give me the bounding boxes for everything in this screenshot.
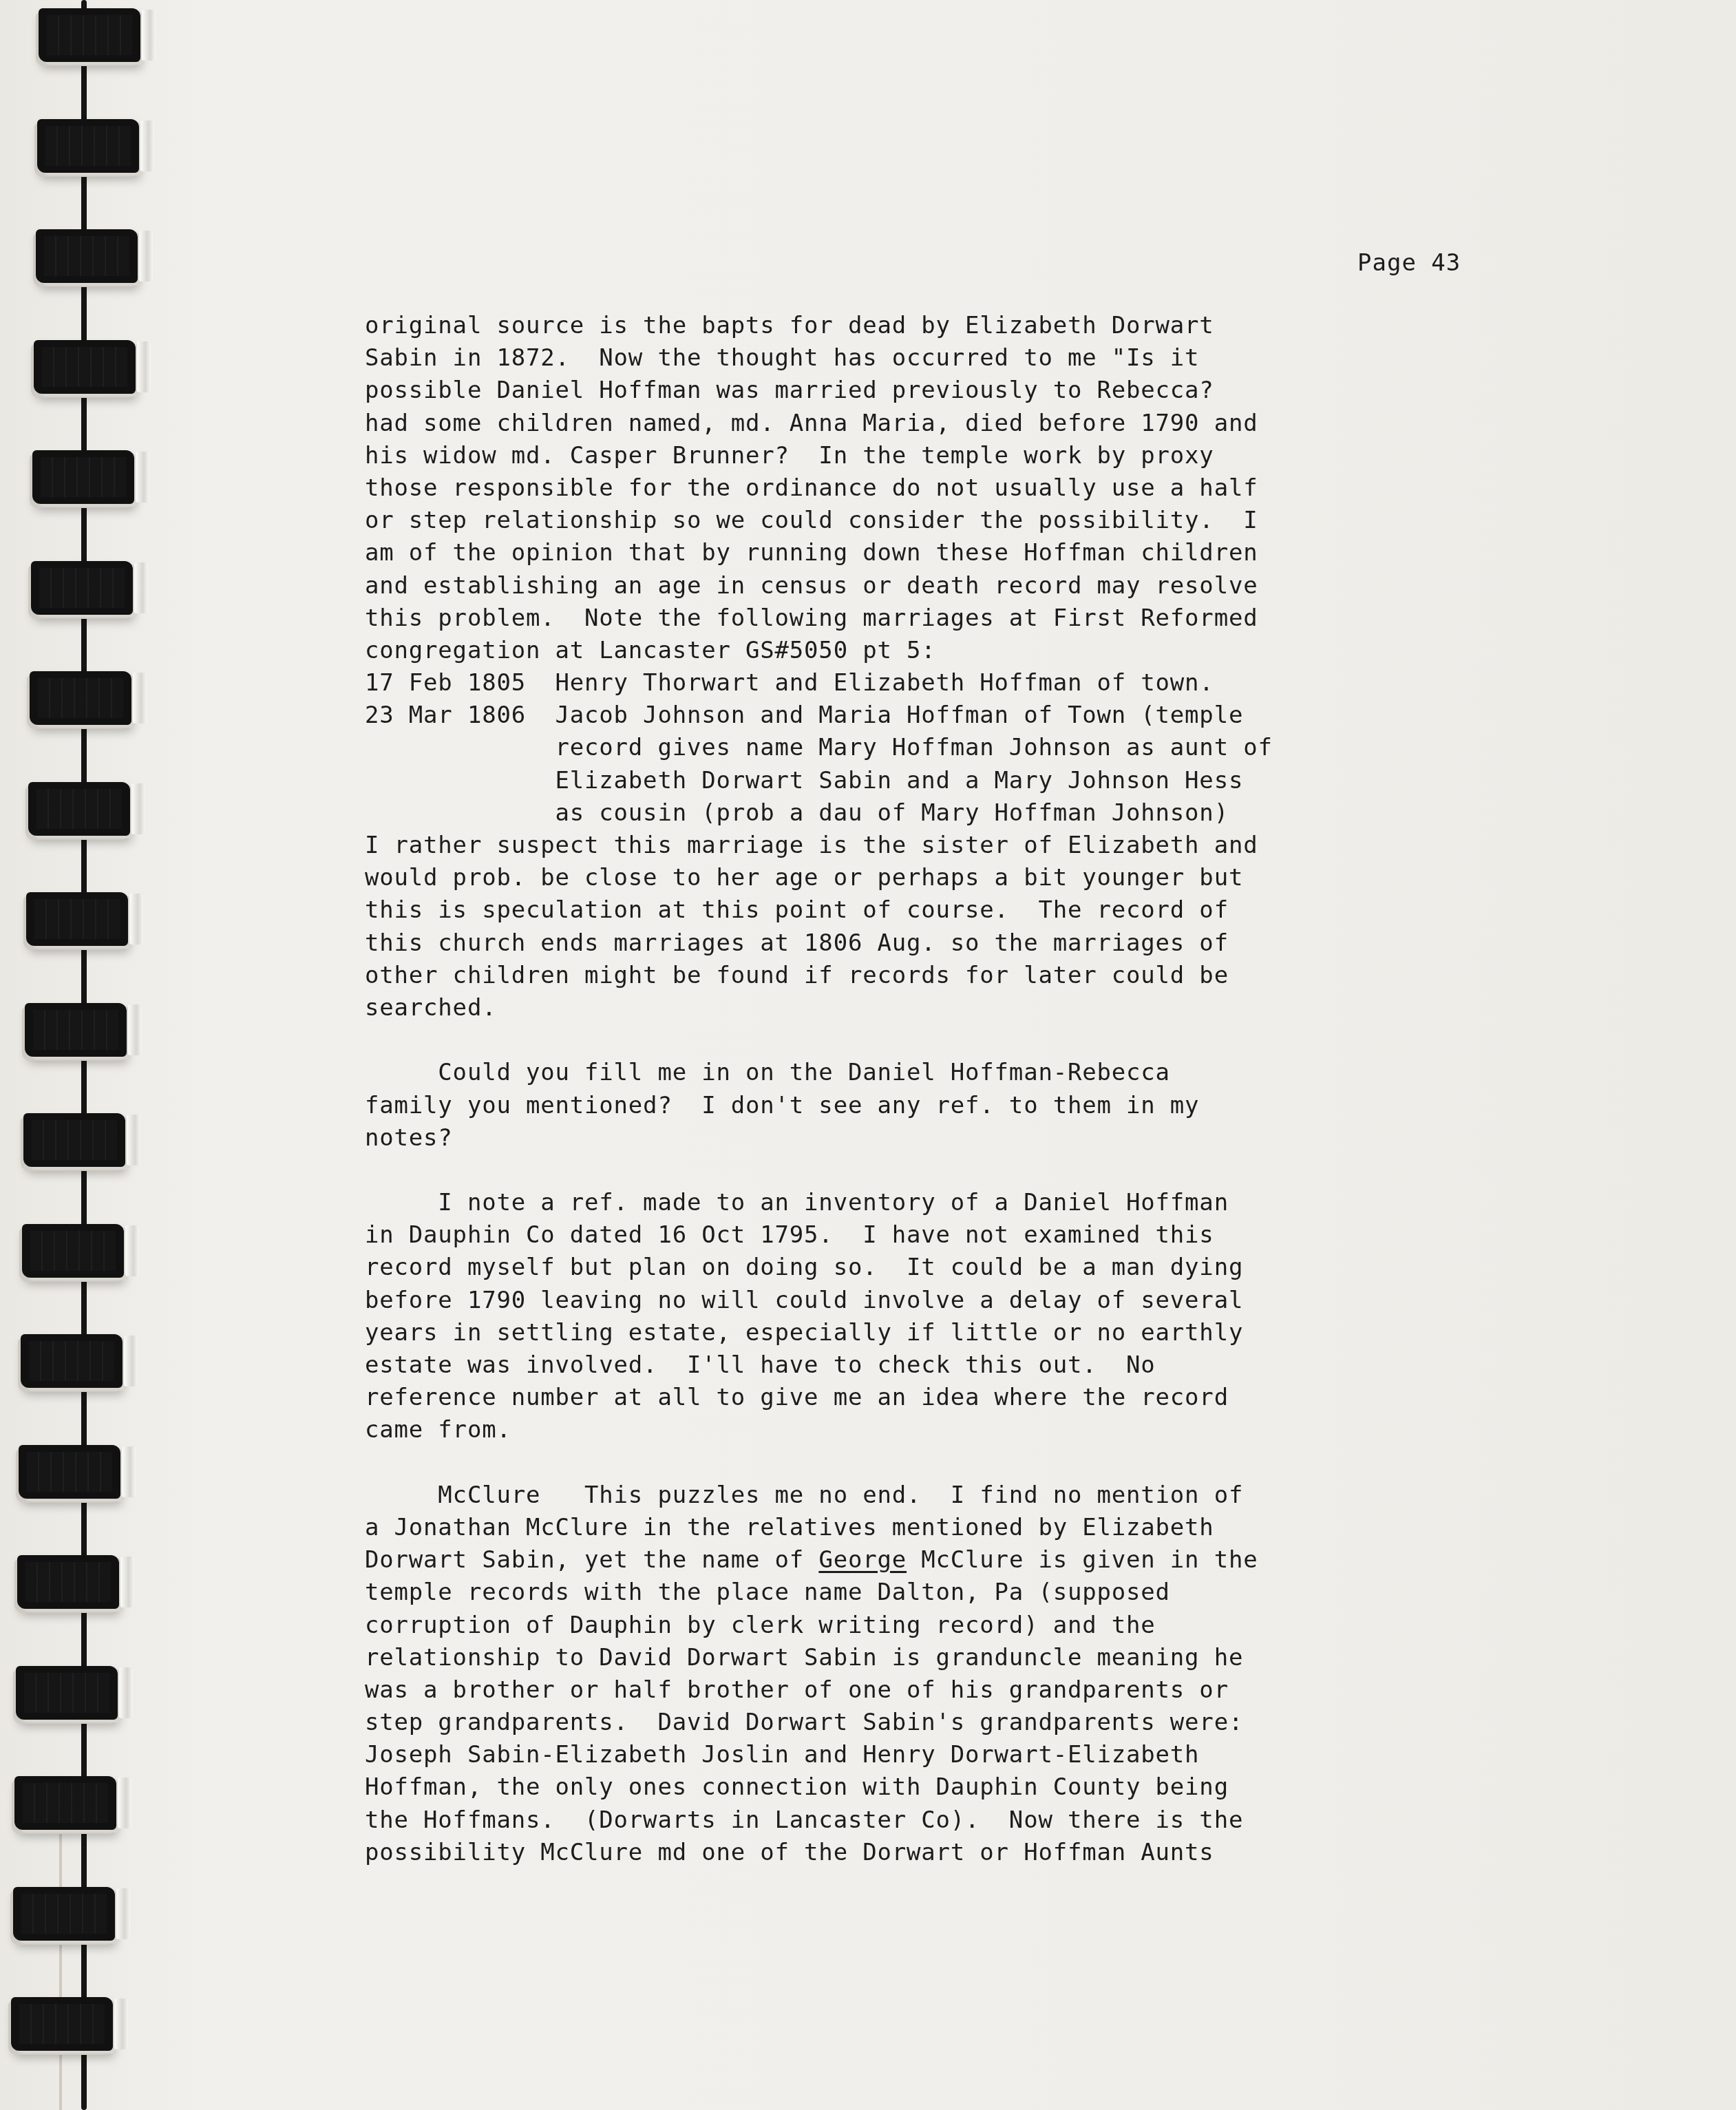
text-line: family you mentioned? I don't see any re… (365, 1090, 1604, 1122)
text-line: searched. (365, 992, 1604, 1024)
text-line (365, 1154, 1604, 1187)
binding-wire-shadow (59, 1790, 62, 2110)
binding-ring (39, 8, 140, 62)
page-number: Page 43 (1357, 249, 1461, 277)
text-line: this problem. Note the following marriag… (365, 602, 1604, 635)
body-text: original source is the bapts for dead by… (365, 310, 1604, 1869)
binding-ring (17, 1555, 119, 1609)
text-line: before 1790 leaving no will could involv… (365, 1285, 1604, 1317)
text-line: other children might be found if records… (365, 960, 1604, 992)
text-line: estate was involved. I'll have to check … (365, 1349, 1604, 1382)
text-line: Hoffman, the only ones connection with D… (365, 1771, 1604, 1804)
spiral-binding (0, 0, 151, 2110)
text-line: had some children named, md. Anna Maria,… (365, 408, 1604, 440)
text-line: would prob. be close to her age or perha… (365, 862, 1604, 894)
text-line: years in settling estate, especially if … (365, 1317, 1604, 1349)
binding-ring (13, 1887, 115, 1941)
text-line: or step relationship so we could conside… (365, 505, 1604, 537)
text-line: step grandparents. David Dorwart Sabin's… (365, 1707, 1604, 1739)
text-line: was a brother or half brother of one of … (365, 1674, 1604, 1707)
text-segment: McClure is given in the (907, 1546, 1258, 1574)
text-line: am of the opinion that by running down t… (365, 537, 1604, 569)
document-page: Page 43 original source is the bapts for… (0, 0, 1736, 2110)
text-line: 17 Feb 1805 Henry Thorwart and Elizabeth… (365, 667, 1604, 699)
binding-ring (22, 1224, 124, 1278)
binding-ring (30, 671, 131, 725)
text-line: record gives name Mary Hoffman Johnson a… (365, 732, 1604, 764)
text-line: corruption of Dauphin by clerk writing r… (365, 1610, 1604, 1642)
binding-ring (14, 1776, 116, 1830)
binding-ring (11, 1997, 113, 2051)
text-line: I rather suspect this marriage is the si… (365, 830, 1604, 862)
text-line: relationship to David Dorwart Sabin is g… (365, 1642, 1604, 1674)
text-line: notes? (365, 1122, 1604, 1154)
text-line: Elizabeth Dorwart Sabin and a Mary Johns… (365, 765, 1604, 797)
binding-ring (36, 229, 138, 283)
text-line: original source is the bapts for dead by… (365, 310, 1604, 342)
text-line: possible Daniel Hoffman was married prev… (365, 374, 1604, 407)
text-line: temple records with the place name Dalto… (365, 1576, 1604, 1609)
binding-ring (25, 1003, 127, 1057)
text-line: record myself but plan on doing so. It c… (365, 1252, 1604, 1284)
text-line: those responsible for the ordinance do n… (365, 472, 1604, 505)
text-line: Dorwart Sabin, yet the name of George Mc… (365, 1544, 1604, 1576)
text-line: reference number at all to give me an id… (365, 1382, 1604, 1414)
text-line: as cousin (prob a dau of Mary Hoffman Jo… (365, 797, 1604, 830)
binding-ring (23, 1113, 125, 1167)
text-line: this is speculation at this point of cou… (365, 894, 1604, 927)
text-line: in Dauphin Co dated 16 Oct 1795. I have … (365, 1219, 1604, 1252)
text-line: I note a ref. made to an inventory of a … (365, 1187, 1604, 1219)
text-line: and establishing an age in census or dea… (365, 570, 1604, 602)
underlined-name: George (818, 1546, 907, 1574)
text-segment: Dorwart Sabin, yet the name of (365, 1546, 818, 1574)
text-line: 23 Mar 1806 Jacob Johnson and Maria Hoff… (365, 699, 1604, 732)
binding-ring (34, 340, 136, 394)
binding-ring (28, 782, 130, 836)
text-line: a Jonathan McClure in the relatives ment… (365, 1512, 1604, 1544)
text-line: possibility McClure md one of the Dorwar… (365, 1837, 1604, 1869)
text-line: congregation at Lancaster GS#5050 pt 5: (365, 635, 1604, 667)
text-line: Joseph Sabin-Elizabeth Joslin and Henry … (365, 1739, 1604, 1771)
text-line: Could you fill me in on the Daniel Hoffm… (365, 1057, 1604, 1089)
text-line: this church ends marriages at 1806 Aug. … (365, 927, 1604, 960)
binding-ring (19, 1445, 120, 1499)
text-line: the Hoffmans. (Dorwarts in Lancaster Co)… (365, 1804, 1604, 1837)
binding-ring (37, 119, 139, 173)
text-line: came from. (365, 1414, 1604, 1446)
binding-ring (16, 1666, 118, 1720)
binding-ring (31, 561, 133, 615)
text-line: his widow md. Casper Brunner? In the tem… (365, 440, 1604, 472)
binding-ring (26, 892, 128, 946)
text-line: Sabin in 1872. Now the thought has occur… (365, 342, 1604, 374)
text-line: McClure This puzzles me no end. I find n… (365, 1479, 1604, 1512)
text-line (365, 1024, 1604, 1057)
text-line (365, 1447, 1604, 1479)
binding-ring (21, 1334, 123, 1388)
binding-ring (32, 450, 134, 504)
